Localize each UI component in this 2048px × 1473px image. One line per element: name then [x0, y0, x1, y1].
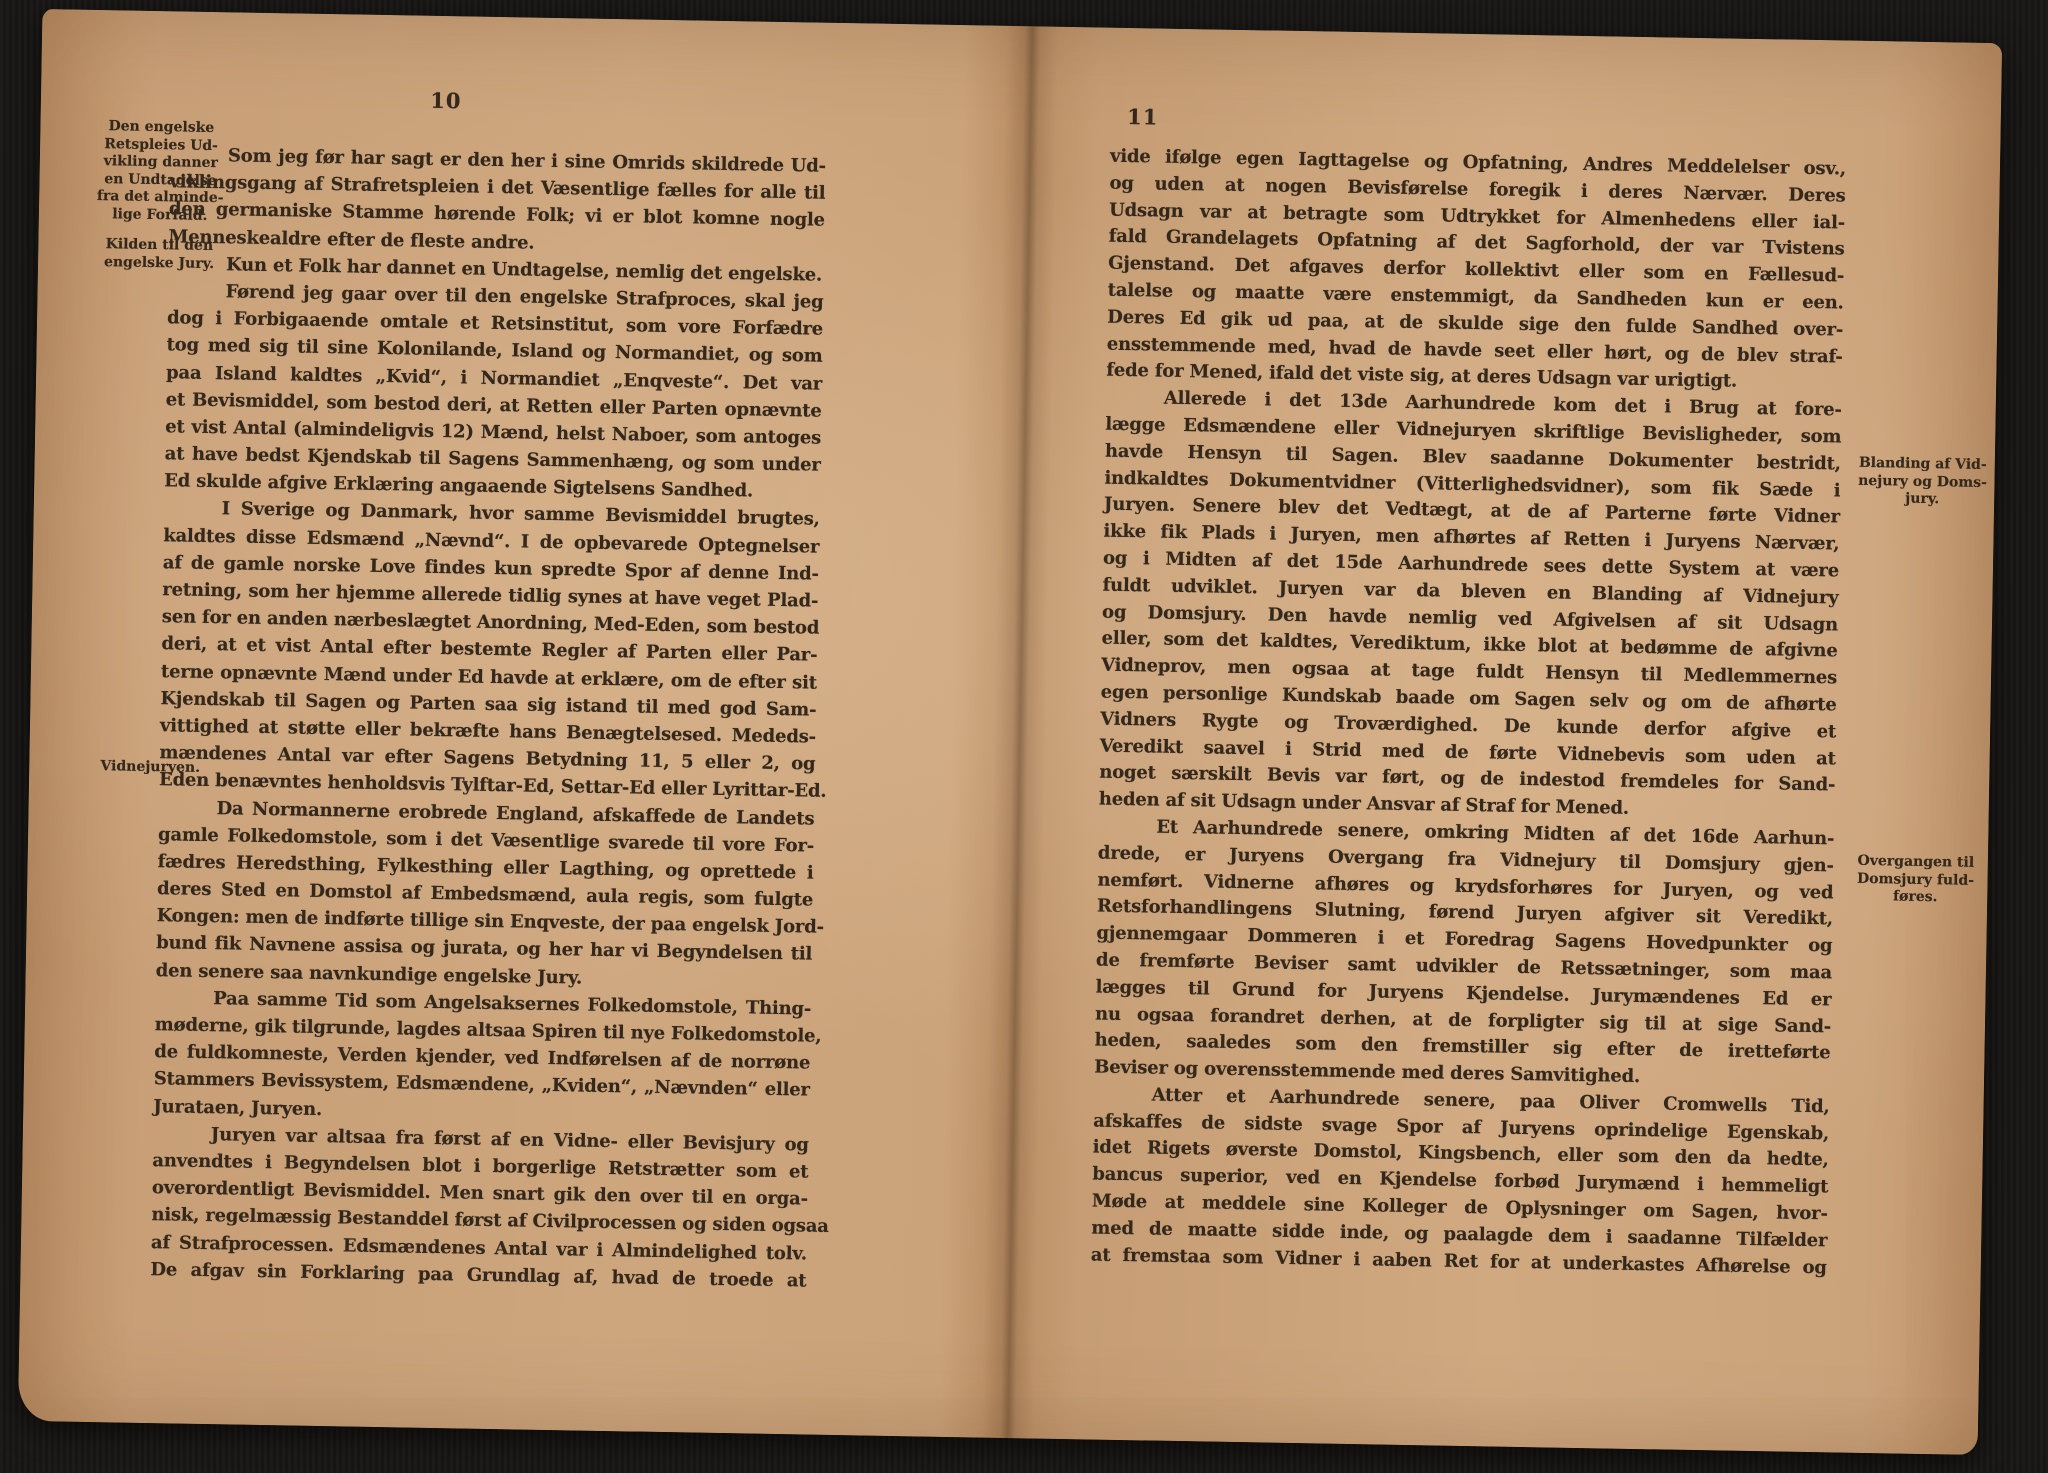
- margin-note-line: Blanding af Vid-: [1845, 455, 2001, 475]
- margin-note-line: føres.: [1837, 887, 1993, 907]
- margin-note: Blanding af Vid-nejury og Doms-jury.: [1844, 455, 2001, 510]
- page-number: 11: [1103, 104, 1183, 130]
- margin-note-line: jury.: [1844, 490, 2000, 510]
- margin-note-line: Domsjury fuld-: [1837, 870, 1993, 890]
- margin-note: Overgangen tilDomsjury fuld-føres.: [1837, 852, 1994, 907]
- photo-background: 10 Den engelskeRetspleies Ud-vikling dan…: [0, 0, 2048, 1473]
- margin-note-line: Overgangen til: [1838, 852, 1994, 872]
- page-11: 11 Blanding af Vid-nejury og Doms-jury.O…: [18, 9, 2002, 1455]
- book-spread: 10 Den engelskeRetspleies Ud-vikling dan…: [18, 9, 2002, 1455]
- margin-notes: Blanding af Vid-nejury og Doms-jury.Over…: [1828, 41, 2009, 1456]
- page-body: vide ifølge egen Iagttagelse og Opfatnin…: [1091, 144, 1847, 1282]
- margin-note-line: nejury og Doms-: [1844, 472, 2000, 492]
